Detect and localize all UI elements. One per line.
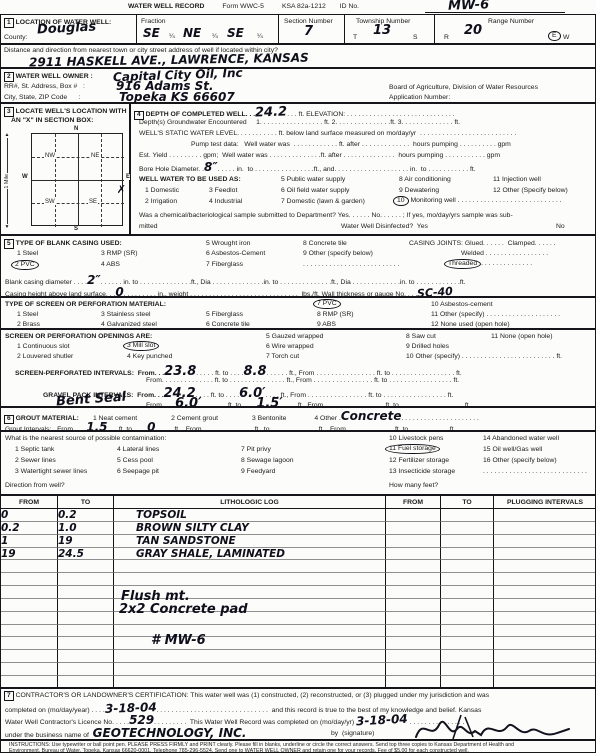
plug-cell bbox=[441, 535, 494, 548]
lith-header-to: TO bbox=[58, 496, 114, 509]
quadrant-se: SE bbox=[88, 199, 98, 205]
spi-blank-line: From. . . . . . . . . . . . . . ft. to .… bbox=[146, 377, 459, 384]
section7-certification: 7 CONTRACTOR'S OR LANDOWNER'S CERTIFICAT… bbox=[0, 688, 596, 740]
use-opt-2: 2 Irrigation bbox=[145, 198, 177, 205]
county-value: Douglas bbox=[37, 20, 97, 36]
contam-opt-4: 4 Lateral lines bbox=[117, 446, 159, 453]
form-number: Form WWC-5 bbox=[222, 3, 264, 10]
use-opt-10-circled: 10 bbox=[393, 196, 409, 206]
lith-cell-from bbox=[1, 573, 58, 586]
screen-opt-8: 8 RMP (SR) bbox=[317, 311, 354, 318]
plug-cell bbox=[441, 676, 494, 688]
contam-opt-11-circled: 11 Fuel storage bbox=[385, 444, 440, 454]
lith-cell-to bbox=[58, 599, 114, 612]
plug-cell bbox=[494, 625, 596, 638]
bore-hole-rest: . . . . . in. to . . . . . . . . . . . .… bbox=[218, 166, 476, 173]
plug-cell bbox=[441, 625, 494, 638]
casing-opt-other-dots: . . . . . . . . . . . . . . . . . . . . … bbox=[303, 261, 399, 268]
lith-cell-log bbox=[114, 663, 386, 676]
groundwater-line: Depth(s) Groundwater Encountered 1. . . … bbox=[139, 119, 460, 126]
sample-line1: Was a chemical/bacteriological sample su… bbox=[139, 212, 513, 219]
county-label: County: bbox=[4, 34, 27, 41]
plug-cell bbox=[494, 663, 596, 676]
plug-cell bbox=[494, 586, 596, 599]
screen-opt-4: 4 Galvanized steel bbox=[101, 321, 157, 328]
section2-title: WATER WELL OWNER : bbox=[16, 73, 93, 80]
section2-owner: 2 WATER WELL OWNER : Capital City Oil, I… bbox=[0, 68, 596, 103]
openings-opt-6: 6 Wire wrapped bbox=[266, 343, 314, 350]
well-id-handwritten: MW-6 bbox=[448, 0, 490, 13]
lith-cell-log bbox=[114, 650, 386, 663]
use-opt-4: 4 Industrial bbox=[209, 198, 242, 205]
casing-opt-6: 6 Asbestos-Cement bbox=[206, 250, 265, 257]
range-w: W bbox=[563, 34, 569, 41]
fraction-1: SE bbox=[143, 27, 160, 39]
quadrant-nw: NW bbox=[44, 153, 56, 159]
lith-cell-to bbox=[58, 625, 114, 638]
openings-opt-1: 1 Continuous slot bbox=[17, 343, 70, 350]
form-header: WATER WELL RECORD Form WWC-5 KSA 82a-121… bbox=[128, 3, 359, 10]
lith-cell-log: BROWN SILTY CLAY bbox=[114, 522, 386, 535]
fraction-3: SE bbox=[227, 27, 244, 39]
lith-table-body: 00.2TOPSOIL0.21.0BROWN SILTY CLAY119TAN … bbox=[1, 509, 595, 688]
fraction-2: NE bbox=[183, 27, 201, 39]
plug-cell bbox=[441, 650, 494, 663]
quadrant-sw: SW bbox=[44, 199, 56, 205]
plug-cell bbox=[386, 599, 441, 612]
id-label: ID No. bbox=[340, 3, 359, 10]
section-box: NW NE SW SE ✗ bbox=[31, 133, 123, 226]
disinfected-label: Water Well Disinfected? Yes bbox=[341, 223, 428, 230]
application-number-label: Application Number: bbox=[389, 94, 450, 101]
plug-cell bbox=[494, 522, 596, 535]
map-west: W bbox=[21, 174, 29, 180]
contam-opt-7: 7 Pit privy bbox=[241, 446, 271, 453]
use-opt-12: 12 Other (Specify below) bbox=[493, 187, 568, 194]
contam-opt-10: 10 Livestock pens bbox=[389, 435, 443, 442]
plug-cell bbox=[386, 625, 441, 638]
contam-opt-5: 5 Cess pool bbox=[117, 457, 153, 464]
lith-cell-log: GRAY SHALE, LAMINATED bbox=[114, 548, 386, 561]
lith-cell-to bbox=[58, 637, 114, 650]
plug-header-from: FROM bbox=[386, 496, 441, 509]
bore-hole-label: Bore Hole Diameter. . bbox=[139, 166, 204, 173]
plug-cell bbox=[494, 560, 596, 573]
feet-question: How many feet? bbox=[389, 482, 438, 489]
use-opt-11: 11 Injection well bbox=[493, 176, 541, 183]
casing-joints-label: CASING JOINTS: Glued. . . . . . Clamped.… bbox=[409, 240, 556, 247]
use-title: WELL WATER TO BE USED AS: bbox=[139, 176, 241, 183]
openings-opt-4: 4 Key punched bbox=[127, 353, 172, 360]
form-title: WATER WELL RECORD bbox=[128, 3, 204, 10]
screen-title: TYPE OF SCREEN OR PERFORATION MATERIAL: bbox=[5, 301, 166, 308]
quarter-3: ¼ bbox=[257, 33, 263, 40]
range-r: R bbox=[444, 34, 449, 41]
lith-cell-to: 0.2 bbox=[58, 509, 114, 522]
lith-cell-log: TAN SANDSTONE bbox=[114, 535, 386, 548]
lith-cell-from bbox=[1, 599, 58, 612]
lith-cell-from: 1 bbox=[1, 535, 58, 548]
contam-opt-12: 12 Fertilizer storage bbox=[389, 457, 449, 464]
pump-test-line: Pump test data: Well water was . . . . .… bbox=[191, 141, 511, 148]
plug-cell bbox=[386, 637, 441, 650]
quarter-2: ¼ bbox=[212, 33, 218, 40]
use-opt-6: 6 Oil field water supply bbox=[281, 187, 349, 194]
township-s: S bbox=[413, 34, 418, 41]
contam-opt-13: 13 Insecticide storage bbox=[389, 468, 455, 475]
contam-opt-14: 14 Abandoned water well bbox=[483, 435, 559, 442]
plug-cell bbox=[386, 560, 441, 573]
use-opt-9: 9 Dewatering bbox=[399, 187, 439, 194]
screen-opt-2: 2 Brass bbox=[17, 321, 40, 328]
screen-opt-9: 9 ABS bbox=[317, 321, 336, 328]
instructions-line2: Environment, Bureau of Water, Topeka, Ka… bbox=[9, 748, 469, 753]
plug-cell bbox=[494, 509, 596, 522]
section-number-value: 7 bbox=[304, 25, 313, 38]
plug-cell bbox=[441, 612, 494, 625]
section3-number: 3 bbox=[4, 107, 14, 117]
certification-line1: CONTRACTOR'S OR LANDOWNER'S CERTIFICATIO… bbox=[16, 692, 489, 699]
licence-number-value: 529 bbox=[129, 714, 154, 726]
openings-opt-7: 7 Torch cut bbox=[266, 353, 299, 360]
lith-cell-to: 1.0 bbox=[58, 522, 114, 535]
section7-number: 7 bbox=[4, 691, 14, 701]
screen-opt-3: 3 Stainless steel bbox=[101, 311, 151, 318]
openings-opt-2: 2 Louvered shutler bbox=[17, 353, 73, 360]
plug-cell bbox=[494, 612, 596, 625]
fraction-label: Fraction bbox=[141, 18, 166, 25]
lith-cell-to bbox=[58, 586, 114, 599]
openings-opt-11: 11 None (open hole) bbox=[491, 333, 552, 340]
lith-cell-from: 0 bbox=[1, 509, 58, 522]
openings-opt-5: 5 Gauzed wrapped bbox=[266, 333, 323, 340]
joints-threaded-circled: Threaded bbox=[444, 259, 481, 269]
lith-cell-from bbox=[1, 663, 58, 676]
static-level-line: WELL'S STATIC WATER LEVEL. . . . . . . .… bbox=[139, 130, 516, 137]
plug-cell bbox=[386, 612, 441, 625]
screen-opt-10: 10 Asbestos-cement bbox=[431, 301, 493, 308]
plug-cell bbox=[494, 599, 596, 612]
screen-opt-6: 6 Concrete tile bbox=[206, 321, 250, 328]
screen-material-block: TYPE OF SCREEN OR PERFORATION MATERIAL: … bbox=[0, 297, 596, 329]
lith-cell-to: 19 bbox=[58, 535, 114, 548]
plug-cell bbox=[494, 637, 596, 650]
use-opt-3: 3 Feedlot bbox=[209, 187, 237, 194]
lith-cell-from bbox=[1, 650, 58, 663]
section2-number: 2 bbox=[4, 72, 14, 82]
well-x-mark: ✗ bbox=[117, 184, 126, 195]
business-name-value: GEOTECHNOLOGY, INC. bbox=[93, 727, 247, 739]
well-number-note: # MW-6 bbox=[151, 634, 206, 647]
one-mile-label: 1 Mile bbox=[4, 174, 10, 189]
lith-cell-to bbox=[58, 612, 114, 625]
water-well-record-form: WATER WELL RECORD Form WWC-5 KSA 82a-121… bbox=[0, 0, 596, 753]
lith-cell-to bbox=[58, 676, 114, 688]
section1-location: 1 LOCATION OF WATER WELL: County: Dougla… bbox=[0, 14, 596, 44]
lith-cell-from: 0.2 bbox=[1, 522, 58, 535]
contam-opt-3: 3 Watertight sewer lines bbox=[15, 468, 87, 475]
openings-opt-3-circled: 3 Mill slot bbox=[123, 341, 159, 351]
section3-map: 3 LOCATE WELL'S LOCATION WITH AN "X" IN … bbox=[0, 103, 130, 235]
plug-cell bbox=[386, 509, 441, 522]
lith-cell-log: TOPSOIL bbox=[114, 509, 386, 522]
use-opt-8: 8 Air conditioning bbox=[399, 176, 451, 183]
lith-cell-from bbox=[1, 625, 58, 638]
owner-address-label: RR#, St. Address, Box # : bbox=[4, 83, 85, 90]
depth-label: DEPTH OF COMPLETED WELL. . . bbox=[146, 111, 256, 118]
casing-opt-2-circled: 2 PVC bbox=[11, 260, 39, 270]
section6-grout: 6 GROUT MATERIAL: 1 Neat cement 2 Cement… bbox=[0, 407, 596, 431]
section5-title: TYPE OF BLANK CASING USED: bbox=[16, 240, 122, 247]
section4-depth: 4 DEPTH OF COMPLETED WELL. . . 24.2 . . … bbox=[130, 103, 596, 235]
plug-cell bbox=[494, 535, 596, 548]
lith-cell-from bbox=[1, 637, 58, 650]
openings-intervals-block: SCREEN OR PERFORATION OPENINGS ARE: 5 Ga… bbox=[0, 329, 596, 407]
openings-title: SCREEN OR PERFORATION OPENINGS ARE: bbox=[5, 333, 152, 340]
plug-cell bbox=[386, 535, 441, 548]
casing-opt-4: 4 ABS bbox=[101, 261, 120, 268]
section3-title1: LOCATE WELL'S LOCATION WITH bbox=[16, 108, 127, 115]
township-t: T bbox=[353, 34, 357, 41]
range-label: Range Number bbox=[488, 18, 534, 25]
plug-cell bbox=[386, 663, 441, 676]
lith-cell-from bbox=[1, 676, 58, 688]
ksa-number: KSA 82a-1212 bbox=[282, 3, 326, 10]
plug-cell bbox=[441, 548, 494, 561]
map-south: S bbox=[73, 226, 79, 232]
township-value: 13 bbox=[373, 24, 391, 37]
address-value: 2911 HASKELL AVE., LAWRENCE, KANSAS bbox=[29, 52, 309, 69]
signature-label: by (signature) bbox=[331, 730, 374, 737]
quadrant-ne: NE bbox=[90, 153, 100, 159]
plug-cell bbox=[386, 548, 441, 561]
lith-cell-log bbox=[114, 560, 386, 573]
casing-opt-3: 3 RMP (SR) bbox=[101, 250, 138, 257]
instructions-block: INSTRUCTIONS: Use typewriter or ball poi… bbox=[0, 740, 596, 753]
contam-opt-6: 6 Seepage pit bbox=[117, 468, 159, 475]
plug-cell bbox=[441, 573, 494, 586]
range-east-circled: E bbox=[548, 31, 561, 41]
contam-opt-2: 2 Sewer lines bbox=[15, 457, 56, 464]
est-yield-line: Est. Yield . . . . . . . . . gpm; Well w… bbox=[139, 152, 500, 159]
section3-title2: AN "X" IN SECTION BOX: bbox=[11, 117, 93, 124]
openings-opt-10: 10 Other (specify) . . . . . . . . . . .… bbox=[406, 353, 562, 360]
direction-question: Direction from well? bbox=[5, 482, 65, 489]
casing-opt-9: 9 Other (specify below) bbox=[303, 250, 373, 257]
bore-hole-value: 8″ bbox=[204, 161, 218, 173]
lith-cell-from: 19 bbox=[1, 548, 58, 561]
depth-value: 24.2 bbox=[255, 105, 288, 119]
casing-opt-5: 5 Wrought iron bbox=[206, 240, 250, 247]
contam-opt-16: 16 Other (specify below) bbox=[483, 457, 557, 464]
lith-cell-to bbox=[58, 650, 114, 663]
lith-cell-from bbox=[1, 560, 58, 573]
sample-line2: mitted bbox=[139, 223, 158, 230]
screen-opt-12: 12 None used (open hole) bbox=[431, 321, 510, 328]
lith-cell-log bbox=[114, 573, 386, 586]
plug-cell bbox=[386, 573, 441, 586]
quarter-1: ¼ bbox=[169, 33, 175, 40]
screen-opt-11: 11 Other (specify) . . . . . . . . . . .… bbox=[431, 311, 560, 318]
contam-opt-9: 9 Feedyard bbox=[241, 468, 275, 475]
id-underline bbox=[425, 12, 565, 13]
board-label: Board of Agriculture, Division of Water … bbox=[389, 84, 538, 91]
distance-row: Distance and direction from nearest town… bbox=[0, 44, 596, 68]
contam-opt-1: 1 Septic tank bbox=[15, 446, 54, 453]
contam-opt-15: 15 Oil well/Gas well bbox=[483, 446, 542, 453]
plug-cell bbox=[386, 676, 441, 688]
owner-city-label: City, State, ZIP Code : bbox=[4, 94, 80, 101]
casing-opt-1: 1 Steel bbox=[17, 250, 38, 257]
contam-opt-8: 8 Sewage lagoon bbox=[241, 457, 294, 464]
plug-cell bbox=[386, 586, 441, 599]
section5-casing: 5 TYPE OF BLANK CASING USED: 5 Wrought i… bbox=[0, 235, 596, 297]
contam-opt-16-dots: . . . . . . . . . . . . . . . . . . . . … bbox=[483, 468, 587, 475]
elevation-label: . . . ft. ELEVATION: . . . . . . . . . .… bbox=[287, 111, 454, 118]
one-mile-scale: ▲ 1 Mile ▼ bbox=[4, 132, 10, 230]
casing-opt-7: 7 Fiberglass bbox=[206, 261, 243, 268]
lith-cell-to bbox=[58, 663, 114, 676]
joints-welded: Welded . . . . . . . . . . . . . . . . . bbox=[461, 250, 548, 257]
plug-cell bbox=[441, 509, 494, 522]
contamination-block: What is the nearest source of possible c… bbox=[0, 431, 596, 495]
plug-cell bbox=[494, 650, 596, 663]
disinfected-no: No bbox=[556, 223, 565, 230]
plug-cell bbox=[494, 548, 596, 561]
screen-opt-7-circled: 7 PVC bbox=[313, 299, 341, 309]
lith-header-from: FROM bbox=[1, 496, 58, 509]
plug-cell bbox=[441, 586, 494, 599]
plug-cell bbox=[441, 599, 494, 612]
lith-cell-to bbox=[58, 560, 114, 573]
joints-threaded-dots: . . . . . . . . . . . . . . bbox=[481, 260, 532, 267]
lithologic-table: FROM TO LITHOLOGIC LOG FROM TO PLUGGING … bbox=[0, 495, 596, 688]
plug-cell bbox=[441, 560, 494, 573]
bent-seal-note: Bent Seal bbox=[56, 391, 127, 409]
range-value: 20 bbox=[464, 24, 482, 37]
plug-cell bbox=[494, 573, 596, 586]
plug-cell bbox=[441, 663, 494, 676]
casing-diameter-value: 2″ bbox=[87, 274, 101, 286]
openings-opt-8: 8 Saw cut bbox=[406, 333, 436, 340]
signature-scribble bbox=[401, 709, 581, 743]
plug-header-to: TO bbox=[441, 496, 494, 509]
lith-cell-from bbox=[1, 586, 58, 599]
lith-cell-to: 24.5 bbox=[58, 548, 114, 561]
casing-opt-8: 8 Concrete tile bbox=[303, 240, 347, 247]
lith-cell-to bbox=[58, 573, 114, 586]
use-opt-1: 1 Domestic bbox=[145, 187, 179, 194]
screen-opt-1: 1 Steel bbox=[17, 311, 38, 318]
openings-opt-9: 9 Drilled holes bbox=[406, 343, 449, 350]
plug-header-intervals: PLUGGING INTERVALS bbox=[494, 496, 596, 509]
plug-cell bbox=[441, 637, 494, 650]
plug-cell bbox=[386, 522, 441, 535]
screen-opt-5: 5 Fiberglass bbox=[206, 311, 243, 318]
plug-cell bbox=[494, 676, 596, 688]
lith-header-log: LITHOLOGIC LOG bbox=[114, 496, 386, 509]
section1-number: 1 bbox=[4, 18, 14, 28]
spi-label: SCREEN-PERFORATED INTERVALS: From. . . bbox=[15, 370, 164, 377]
lith-cell-from bbox=[1, 612, 58, 625]
map-north: N bbox=[73, 126, 79, 132]
owner-city-value: Topeka KS 66607 bbox=[119, 91, 235, 103]
plug-cell bbox=[441, 522, 494, 535]
use-opt-7: 7 Domestic (lawn & garden) bbox=[281, 198, 365, 205]
contamination-question: What is the nearest source of possible c… bbox=[5, 435, 166, 442]
use-opt-5: 5 Public water supply bbox=[281, 176, 345, 183]
use-opt-10-label: Monitoring well . . . . . . . . . . . . … bbox=[409, 197, 562, 204]
section5-number: 5 bbox=[4, 239, 14, 249]
plug-cell bbox=[386, 650, 441, 663]
lith-cell-log bbox=[114, 676, 386, 688]
concrete-pad-note: 2x2 Concrete pad bbox=[119, 603, 248, 616]
